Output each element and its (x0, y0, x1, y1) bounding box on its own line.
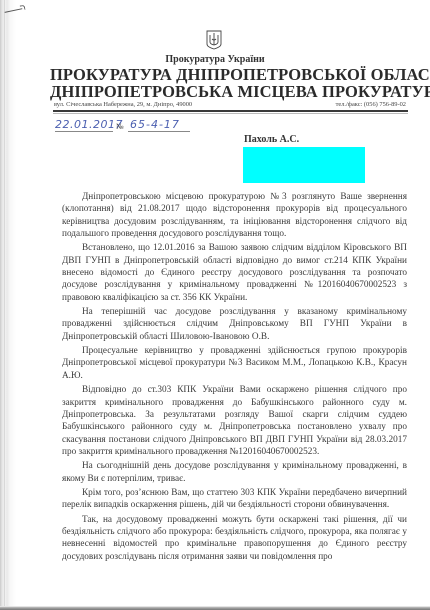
trident-emblem-icon (206, 30, 222, 50)
paragraph: Дніпропетровською місцевою прокуратурою … (62, 191, 407, 240)
letter-body: Дніпропетровською місцевою прокуратурою … (62, 191, 407, 563)
header-divider (53, 110, 408, 112)
registration-number: 65-4-17 (130, 118, 180, 131)
org-parent: Прокуратура України (0, 54, 430, 65)
header-divider-thin (53, 113, 408, 114)
addressee-name: Пахоль А.С. (244, 134, 299, 145)
number-underline (128, 131, 190, 132)
scan-bottom-edge (0, 606, 430, 610)
paragraph: На теперішній час досудове розслідування… (62, 306, 407, 343)
paragraph: Крім того, роз’яснюю Вам, що статтею 303… (62, 487, 407, 512)
registration-date: 22.01.2017 (55, 118, 123, 131)
scan-left-edge (0, 0, 16, 610)
redacted-address-block (243, 147, 365, 183)
org-name-line2: ДНІПРОПЕТРОВСЬКА МІСЦЕВА ПРОКУРАТУРА №3 (50, 82, 420, 102)
org-address: вул. Січеславська Набережна, 29, м. Дніп… (54, 101, 192, 108)
paragraph: Процесуальне керівництво у провадженні з… (62, 345, 407, 382)
org-phone: тел./факс: (056) 756-89-02 (336, 101, 406, 108)
registration-number-label: № (116, 122, 124, 131)
date-underline (55, 131, 113, 132)
paragraph: Встановлено, що 12.01.2016 за Вашою заяв… (62, 242, 407, 304)
paragraph: На сьогоднішній день досудове розслідува… (62, 460, 407, 485)
paragraph: Відповідно до ст.303 КПК України Вами ос… (62, 384, 407, 458)
paragraph: Так, на досудовому провадженні можуть бу… (62, 514, 407, 563)
